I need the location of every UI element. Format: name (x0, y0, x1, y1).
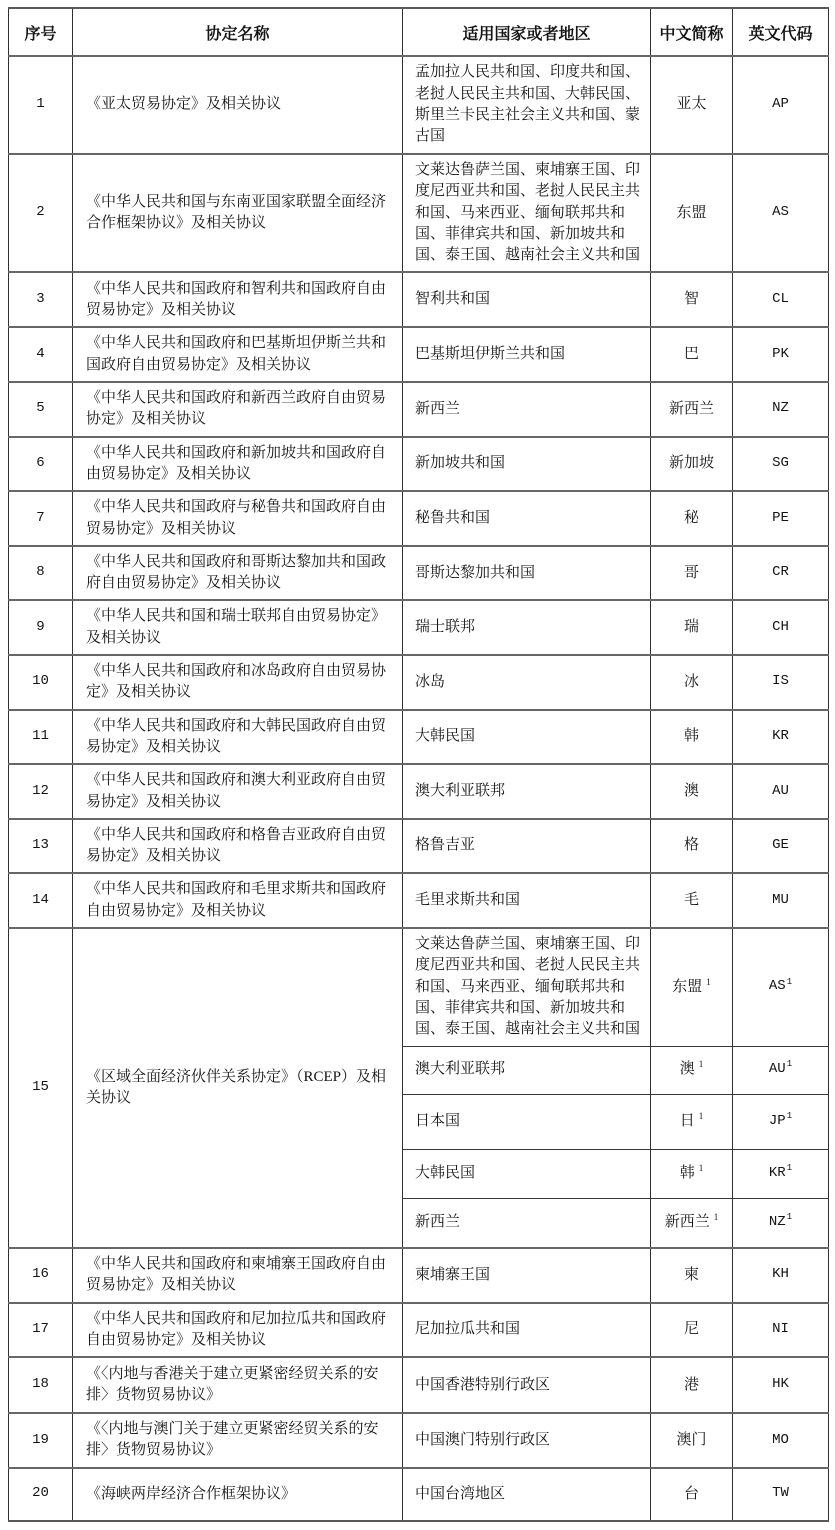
footnote-superscript: 1 (699, 1163, 704, 1173)
region-cell: 智利共和国 (403, 272, 651, 327)
abbr-cell: 秘 (651, 491, 733, 546)
table-row: 4《中华人民共和国政府和巴基斯坦伊斯兰共和国政府自由贸易协定》及相关协议巴基斯坦… (9, 327, 829, 382)
serial-cell: 18 (9, 1357, 73, 1413)
code-cell: NZ (733, 382, 829, 437)
table-row: 18《〈内地与香港关于建立更紧密经贸关系的安排〉货物贸易协议》中国香港特别行政区… (9, 1357, 829, 1413)
region-cell: 柬埔寨王国 (403, 1248, 651, 1303)
region-cell: 中国香港特别行政区 (403, 1357, 651, 1413)
region-cell: 孟加拉人民共和国、印度共和国、老挝人民民主共和国、大韩民国、斯里兰卡民主社会主义… (403, 56, 651, 154)
table-row: 5《中华人民共和国政府和新西兰政府自由贸易协定》及相关协议新西兰新西兰NZ (9, 382, 829, 437)
abbr-cell: 瑞 (651, 600, 733, 655)
col-header-serial: 序号 (9, 8, 73, 56)
table-row: 19《〈内地与澳门关于建立更紧密经贸关系的安排〉货物贸易协议》中国澳门特别行政区… (9, 1413, 829, 1468)
region-cell: 文莱达鲁萨兰国、柬埔寨王国、印度尼西亚共和国、老挝人民民主共和国、马来西亚、缅甸… (403, 154, 651, 272)
footnote-superscript: 1 (714, 1212, 719, 1222)
code-cell: MO (733, 1413, 829, 1468)
abbr-cell: 韩 (651, 710, 733, 765)
abbr-cell: 尼 (651, 1303, 733, 1358)
serial-cell: 15 (9, 928, 73, 1248)
serial-cell: 6 (9, 437, 73, 492)
region-cell: 毛里求斯共和国 (403, 873, 651, 928)
header-row: 序号 协定名称 适用国家或者地区 中文简称 英文代码 (9, 8, 829, 56)
table-row: 14《中华人民共和国政府和毛里求斯共和国政府自由贸易协定》及相关协议毛里求斯共和… (9, 873, 829, 928)
region-cell: 新加坡共和国 (403, 437, 651, 492)
serial-cell: 9 (9, 600, 73, 655)
col-header-region: 适用国家或者地区 (403, 8, 651, 56)
footnote-superscript: 1 (787, 977, 792, 987)
abbr-cell: 柬 (651, 1248, 733, 1303)
region-cell: 新西兰 (403, 1198, 651, 1248)
serial-cell: 2 (9, 154, 73, 272)
agreement-name-cell: 《中华人民共和国与东南亚国家联盟全面经济合作框架协议》及相关协议 (73, 154, 403, 272)
code-cell: KR1 (733, 1149, 829, 1198)
table-row: 8《中华人民共和国政府和哥斯达黎加共和国政府自由贸易协定》及相关协议哥斯达黎加共… (9, 546, 829, 601)
table-row: 3《中华人民共和国政府和智利共和国政府自由贸易协定》及相关协议智利共和国智CL (9, 272, 829, 327)
serial-cell: 12 (9, 764, 73, 819)
code-cell: PK (733, 327, 829, 382)
trade-agreements-table: 序号 协定名称 适用国家或者地区 中文简称 英文代码 1《亚太贸易协定》及相关协… (8, 7, 829, 1522)
footnote-superscript: 1 (787, 1111, 792, 1121)
region-cell: 大韩民国 (403, 1149, 651, 1198)
agreement-name-cell: 《亚太贸易协定》及相关协议 (73, 56, 403, 154)
abbr-cell: 日1 (651, 1094, 733, 1149)
agreement-name-cell: 《中华人民共和国政府和新西兰政府自由贸易协定》及相关协议 (73, 382, 403, 437)
abbr-cell: 亚太 (651, 56, 733, 154)
abbr-cell: 哥 (651, 546, 733, 601)
code-cell: AS (733, 154, 829, 272)
serial-cell: 7 (9, 491, 73, 546)
serial-cell: 20 (9, 1468, 73, 1521)
serial-cell: 1 (9, 56, 73, 154)
code-cell: PE (733, 491, 829, 546)
agreement-name-cell: 《中华人民共和国政府和智利共和国政府自由贸易协定》及相关协议 (73, 272, 403, 327)
agreement-name-cell: 《中华人民共和国政府和大韩民国政府自由贸易协定》及相关协议 (73, 710, 403, 765)
agreement-name-cell: 《中华人民共和国政府和冰岛政府自由贸易协定》及相关协议 (73, 655, 403, 710)
footnote-superscript: 1 (699, 1059, 704, 1069)
agreement-name-cell: 《中华人民共和国政府和格鲁吉亚政府自由贸易协定》及相关协议 (73, 819, 403, 874)
footnote-superscript: 1 (706, 977, 711, 987)
region-cell: 尼加拉瓜共和国 (403, 1303, 651, 1358)
table-row: 15《区域全面经济伙伴关系协定》（RCEP）及相关协议文莱达鲁萨兰国、柬埔寨王国… (9, 928, 829, 1046)
region-cell: 中国澳门特别行政区 (403, 1413, 651, 1468)
serial-cell: 16 (9, 1248, 73, 1303)
abbr-cell: 东盟1 (651, 928, 733, 1046)
agreement-name-cell: 《中华人民共和国政府和新加坡共和国政府自由贸易协定》及相关协议 (73, 437, 403, 492)
agreement-name-cell: 《中华人民共和国政府和柬埔寨王国政府自由贸易协定》及相关协议 (73, 1248, 403, 1303)
code-cell: AS1 (733, 928, 829, 1046)
agreement-name-cell: 《〈内地与香港关于建立更紧密经贸关系的安排〉货物贸易协议》 (73, 1357, 403, 1413)
code-cell: GE (733, 819, 829, 874)
abbr-cell: 巴 (651, 327, 733, 382)
code-cell: CR (733, 546, 829, 601)
region-cell: 日本国 (403, 1094, 651, 1149)
region-cell: 文莱达鲁萨兰国、柬埔寨王国、印度尼西亚共和国、老挝人民民主共和国、马来西亚、缅甸… (403, 928, 651, 1046)
col-header-code: 英文代码 (733, 8, 829, 56)
code-cell: KR (733, 710, 829, 765)
code-cell: IS (733, 655, 829, 710)
agreement-name-cell: 《〈内地与澳门关于建立更紧密经贸关系的安排〉货物贸易协议》 (73, 1413, 403, 1468)
table-row: 20《海峡两岸经济合作框架协议》中国台湾地区台TW (9, 1468, 829, 1521)
code-cell: CL (733, 272, 829, 327)
abbr-cell: 澳 (651, 764, 733, 819)
agreement-name-cell: 《中华人民共和国和瑞士联邦自由贸易协定》及相关协议 (73, 600, 403, 655)
serial-cell: 11 (9, 710, 73, 765)
region-cell: 哥斯达黎加共和国 (403, 546, 651, 601)
region-cell: 格鲁吉亚 (403, 819, 651, 874)
region-cell: 澳大利亚联邦 (403, 1046, 651, 1094)
region-cell: 新西兰 (403, 382, 651, 437)
serial-cell: 13 (9, 819, 73, 874)
serial-cell: 5 (9, 382, 73, 437)
serial-cell: 14 (9, 873, 73, 928)
code-cell: JP1 (733, 1094, 829, 1149)
table-header: 序号 协定名称 适用国家或者地区 中文简称 英文代码 (9, 8, 829, 56)
code-cell: NI (733, 1303, 829, 1358)
region-cell: 澳大利亚联邦 (403, 764, 651, 819)
document-page: 序号 协定名称 适用国家或者地区 中文简称 英文代码 1《亚太贸易协定》及相关协… (0, 0, 835, 1530)
col-header-agreement-name: 协定名称 (73, 8, 403, 56)
code-cell: HK (733, 1357, 829, 1413)
table-row: 9《中华人民共和国和瑞士联邦自由贸易协定》及相关协议瑞士联邦瑞CH (9, 600, 829, 655)
table-row: 17《中华人民共和国政府和尼加拉瓜共和国政府自由贸易协定》及相关协议尼加拉瓜共和… (9, 1303, 829, 1358)
code-cell: AP (733, 56, 829, 154)
region-cell: 巴基斯坦伊斯兰共和国 (403, 327, 651, 382)
abbr-cell: 冰 (651, 655, 733, 710)
table-row: 6《中华人民共和国政府和新加坡共和国政府自由贸易协定》及相关协议新加坡共和国新加… (9, 437, 829, 492)
abbr-cell: 毛 (651, 873, 733, 928)
serial-cell: 10 (9, 655, 73, 710)
abbr-cell: 新西兰1 (651, 1198, 733, 1248)
table-row: 7《中华人民共和国政府与秘鲁共和国政府自由贸易协定》及相关协议秘鲁共和国秘PE (9, 491, 829, 546)
abbr-cell: 格 (651, 819, 733, 874)
agreements-table-body: 1《亚太贸易协定》及相关协议孟加拉人民共和国、印度共和国、老挝人民民主共和国、大… (9, 56, 829, 1521)
agreement-name-cell: 《中华人民共和国政府与秘鲁共和国政府自由贸易协定》及相关协议 (73, 491, 403, 546)
table-row: 11《中华人民共和国政府和大韩民国政府自由贸易协定》及相关协议大韩民国韩KR (9, 710, 829, 765)
table-row: 1《亚太贸易协定》及相关协议孟加拉人民共和国、印度共和国、老挝人民民主共和国、大… (9, 56, 829, 154)
col-header-abbr: 中文简称 (651, 8, 733, 56)
abbr-cell: 澳门 (651, 1413, 733, 1468)
serial-cell: 4 (9, 327, 73, 382)
table-row: 2《中华人民共和国与东南亚国家联盟全面经济合作框架协议》及相关协议文莱达鲁萨兰国… (9, 154, 829, 272)
region-cell: 秘鲁共和国 (403, 491, 651, 546)
code-cell: KH (733, 1248, 829, 1303)
code-cell: TW (733, 1468, 829, 1521)
serial-cell: 8 (9, 546, 73, 601)
agreement-name-cell: 《区域全面经济伙伴关系协定》（RCEP）及相关协议 (73, 928, 403, 1248)
table-row: 10《中华人民共和国政府和冰岛政府自由贸易协定》及相关协议冰岛冰IS (9, 655, 829, 710)
abbr-cell: 智 (651, 272, 733, 327)
abbr-cell: 东盟 (651, 154, 733, 272)
serial-cell: 17 (9, 1303, 73, 1358)
region-cell: 瑞士联邦 (403, 600, 651, 655)
serial-cell: 19 (9, 1413, 73, 1468)
agreement-name-cell: 《中华人民共和国政府和尼加拉瓜共和国政府自由贸易协定》及相关协议 (73, 1303, 403, 1358)
agreement-name-cell: 《海峡两岸经济合作框架协议》 (73, 1468, 403, 1521)
code-cell: AU (733, 764, 829, 819)
table-row: 16《中华人民共和国政府和柬埔寨王国政府自由贸易协定》及相关协议柬埔寨王国柬KH (9, 1248, 829, 1303)
footnote-superscript: 1 (787, 1163, 792, 1173)
table-row: 13《中华人民共和国政府和格鲁吉亚政府自由贸易协定》及相关协议格鲁吉亚格GE (9, 819, 829, 874)
region-cell: 冰岛 (403, 655, 651, 710)
abbr-cell: 韩1 (651, 1149, 733, 1198)
code-cell: CH (733, 600, 829, 655)
footnote-superscript: 1 (699, 1111, 704, 1121)
code-cell: MU (733, 873, 829, 928)
agreement-name-cell: 《中华人民共和国政府和哥斯达黎加共和国政府自由贸易协定》及相关协议 (73, 546, 403, 601)
abbr-cell: 新西兰 (651, 382, 733, 437)
agreement-name-cell: 《中华人民共和国政府和毛里求斯共和国政府自由贸易协定》及相关协议 (73, 873, 403, 928)
abbr-cell: 澳1 (651, 1046, 733, 1094)
code-cell: SG (733, 437, 829, 492)
abbr-cell: 港 (651, 1357, 733, 1413)
footnote-superscript: 1 (787, 1212, 792, 1222)
region-cell: 大韩民国 (403, 710, 651, 765)
table-row: 12《中华人民共和国政府和澳大利亚政府自由贸易协定》及相关协议澳大利亚联邦澳AU (9, 764, 829, 819)
abbr-cell: 新加坡 (651, 437, 733, 492)
agreement-name-cell: 《中华人民共和国政府和巴基斯坦伊斯兰共和国政府自由贸易协定》及相关协议 (73, 327, 403, 382)
footnote-superscript: 1 (787, 1059, 792, 1069)
serial-cell: 3 (9, 272, 73, 327)
agreement-name-cell: 《中华人民共和国政府和澳大利亚政府自由贸易协定》及相关协议 (73, 764, 403, 819)
code-cell: AU1 (733, 1046, 829, 1094)
code-cell: NZ1 (733, 1198, 829, 1248)
region-cell: 中国台湾地区 (403, 1468, 651, 1521)
abbr-cell: 台 (651, 1468, 733, 1521)
